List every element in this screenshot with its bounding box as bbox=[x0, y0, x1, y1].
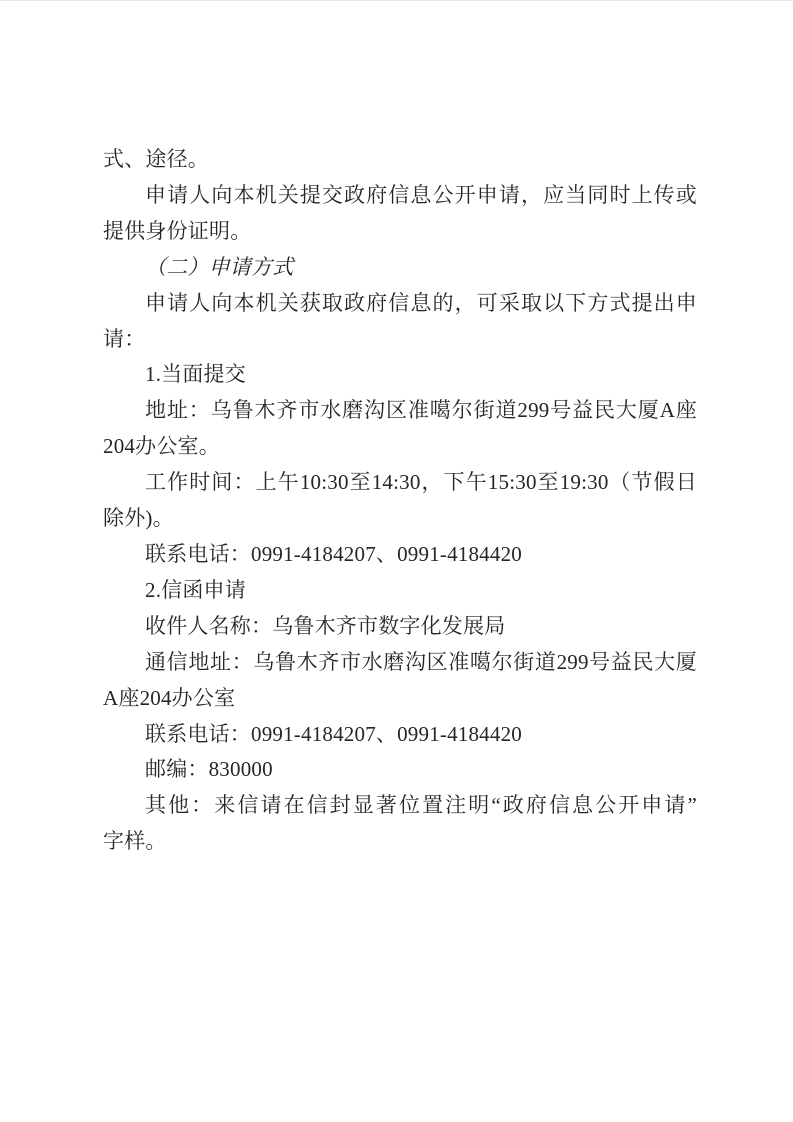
text-line: 工作时间：上午10:30至14:30，下午15:30至19:30（节假日 bbox=[103, 465, 697, 501]
text-line: 式、途径。 bbox=[103, 142, 697, 178]
text-line: 邮编：830000 bbox=[103, 752, 697, 788]
document-body: 式、途径。申请人向本机关提交政府信息公开申请，应当同时上传或提供身份证明。（二）… bbox=[103, 142, 697, 860]
text-line: 除外)。 bbox=[103, 501, 697, 537]
text-line: A座204办公室 bbox=[103, 681, 697, 717]
text-line: 联系电话：0991-4184207、0991-4184420 bbox=[103, 717, 697, 753]
section-heading: （二）申请方式 bbox=[103, 250, 697, 286]
text-line: 申请人向本机关获取政府信息的，可采取以下方式提出申 bbox=[103, 286, 697, 322]
text-line: 1.当面提交 bbox=[103, 357, 697, 393]
text-line: 其他：来信请在信封显著位置注明“政府信息公开申请” bbox=[103, 788, 697, 824]
text-line: 收件人名称：乌鲁木齐市数字化发展局 bbox=[103, 609, 697, 645]
text-line: 申请人向本机关提交政府信息公开申请，应当同时上传或 bbox=[103, 178, 697, 214]
text-line: 通信地址：乌鲁木齐市水磨沟区准噶尔街道299号益民大厦 bbox=[103, 645, 697, 681]
text-line: 地址：乌鲁木齐市水磨沟区准噶尔街道299号益民大厦A座 bbox=[103, 393, 697, 429]
text-line: 204办公室。 bbox=[103, 429, 697, 465]
text-line: 字样。 bbox=[103, 824, 697, 860]
document-page: 式、途径。申请人向本机关提交政府信息公开申请，应当同时上传或提供身份证明。（二）… bbox=[0, 0, 793, 1122]
text-line: 联系电话：0991-4184207、0991-4184420 bbox=[103, 537, 697, 573]
text-line: 2.信函申请 bbox=[103, 573, 697, 609]
text-line: 提供身份证明。 bbox=[103, 214, 697, 250]
text-line: 请： bbox=[103, 322, 697, 358]
